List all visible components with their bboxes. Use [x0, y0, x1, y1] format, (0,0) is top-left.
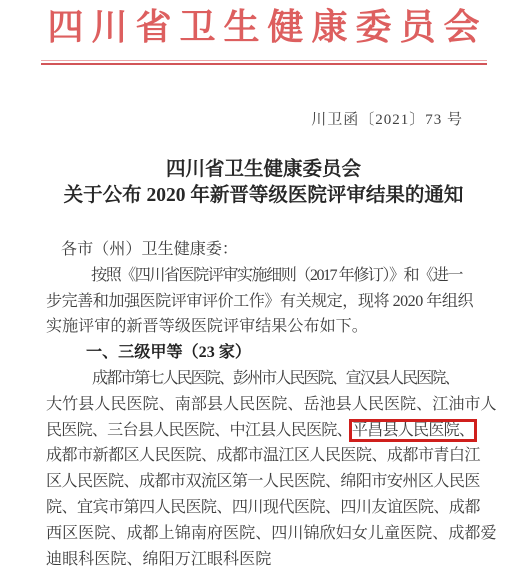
document-page: 四川省卫生健康委员会 川卫函〔2021〕73 号 四川省卫生健康委员会 关于公布…: [0, 0, 527, 576]
paragraph-line: 实施评审的新晋等级医院评审结果公布如下。: [46, 314, 527, 340]
hospital-list-line: 成都市第七人民医院、彭州市人民医院、宣汉县人民医院、: [46, 366, 527, 392]
hospital-list-line: 成都市新都区人民医院、成都市温江区人民医院、成都市青白江: [46, 443, 527, 469]
highlight-box: 平昌县人民医院、: [352, 422, 474, 439]
hospital-list-line: 西区医院、成都上锦南府医院、四川锦欣妇女儿童医院、成都爱: [46, 521, 527, 547]
section-heading: 一、三级甲等（23 家）: [46, 340, 527, 366]
hospital-list-line: 民医院、三台县人民医院、中江县人民医院、平昌县人民医院、: [46, 418, 527, 444]
document-number: 川卫函〔2021〕73 号: [0, 111, 527, 130]
hospital-list-line3-pre: 民医院、三台县人民医院、中江县人民医院、: [46, 422, 352, 439]
letterhead-divider: [41, 60, 487, 65]
paragraph-line: 按照《四川省医院评审实施细则（2017 年修订）》和《进一: [46, 263, 527, 289]
paragraph-line: 步完善和加强医院评审评价工作》有关规定，现将 2020 年组织: [46, 289, 527, 315]
hospital-list-line: 院、宜宾市第四人民医院、四川现代医院、四川友谊医院、成都: [46, 495, 527, 521]
hospital-list-line: 大竹县人民医院、南部县人民医院、岳池县人民医院、江油市人: [46, 392, 527, 418]
document-title-line2: 关于公布 2020 年新晋等级医院评审结果的通知: [0, 183, 527, 209]
salutation: 各市（州）卫生健康委：: [46, 237, 527, 263]
document-title: 四川省卫生健康委员会 关于公布 2020 年新晋等级医院评审结果的通知: [0, 157, 527, 209]
document-body: 各市（州）卫生健康委： 按照《四川省医院评审实施细则（2017 年修订）》和《进…: [0, 237, 527, 572]
document-title-line1: 四川省卫生健康委员会: [0, 157, 527, 183]
letterhead-org-name: 四川省卫生健康委员会: [0, 0, 527, 48]
hospital-list-line: 区人民医院、成都市双流区第一人民医院、绵阳市安州区人民医: [46, 469, 527, 495]
hospital-list-line: 迪眼科医院、绵阳万江眼科医院: [46, 547, 527, 573]
